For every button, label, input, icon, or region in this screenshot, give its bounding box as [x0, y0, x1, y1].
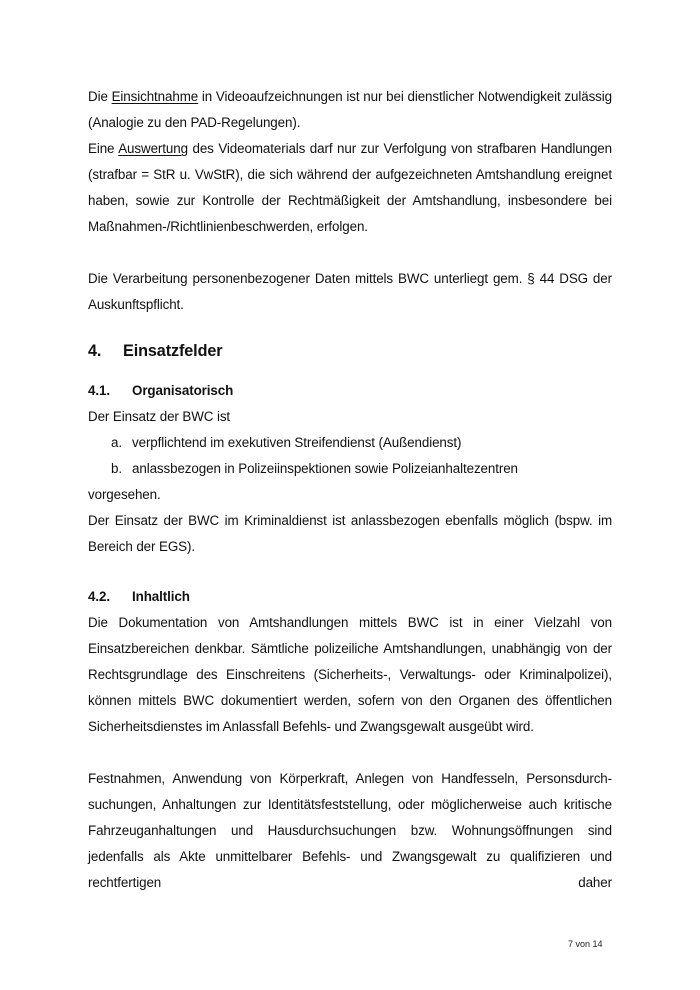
section-heading-4: 4. Einsatzfelder: [88, 338, 612, 364]
paragraph-intro: Der Einsatz der BWC ist: [88, 404, 612, 430]
spacer: [88, 740, 612, 766]
section-heading-4-1: 4.1. Organisatorisch: [88, 378, 612, 404]
list-item-text: verpflichtend im exekutiven Streifendien…: [132, 430, 461, 456]
list-marker: b.: [111, 456, 132, 482]
list-item: b. anlassbezogen in Polizeiinspektionen …: [88, 456, 612, 482]
list-item-text: anlassbezogen in Polizeiinspektionen sow…: [132, 456, 518, 482]
deployment-list: a. verpflichtend im exekutiven Streifend…: [88, 430, 612, 482]
spacer: [88, 560, 612, 584]
section-number: 4.: [88, 338, 123, 364]
paragraph-kriminaldienst: Der Einsatz der BWC im Kriminaldienst is…: [88, 508, 612, 560]
underlined-term-einsichtnahme: Einsichtnahme: [112, 89, 199, 104]
section-number: 4.1.: [88, 378, 132, 404]
paragraph-auskunftspflicht: Die Verarbeitung personenbezogener Daten…: [88, 266, 612, 318]
paragraph-einsichtnahme: Die Einsichtnahme in Videoaufzeichnungen…: [88, 84, 612, 136]
section-heading-4-2: 4.2. Inhaltlich: [88, 584, 612, 610]
spacer: [88, 318, 612, 338]
spacer: [88, 364, 612, 378]
paragraph-outro: vorgesehen.: [88, 482, 612, 508]
list-item: a. verpflichtend im exekutiven Streifend…: [88, 430, 612, 456]
section-title: Einsatzfelder: [123, 338, 222, 364]
list-marker: a.: [111, 430, 132, 456]
paragraph-auswertung: Eine Auswertung des Videomaterials darf …: [88, 136, 612, 240]
section-title: Organisatorisch: [132, 378, 233, 404]
section-number: 4.2.: [88, 584, 132, 610]
paragraph-dokumentation: Die Dokumentation von Amtshandlungen mit…: [88, 610, 612, 740]
section-title: Inhaltlich: [132, 584, 190, 610]
document-page: Die Einsichtnahme in Videoaufzeichnungen…: [88, 84, 612, 896]
paragraph-festnahmen: Festnahmen, Anwendung von Körperkraft, A…: [88, 766, 612, 896]
page-number: 7 von 14: [568, 939, 603, 949]
spacer: [88, 240, 612, 266]
underlined-term-auswertung: Auswertung: [118, 141, 188, 156]
